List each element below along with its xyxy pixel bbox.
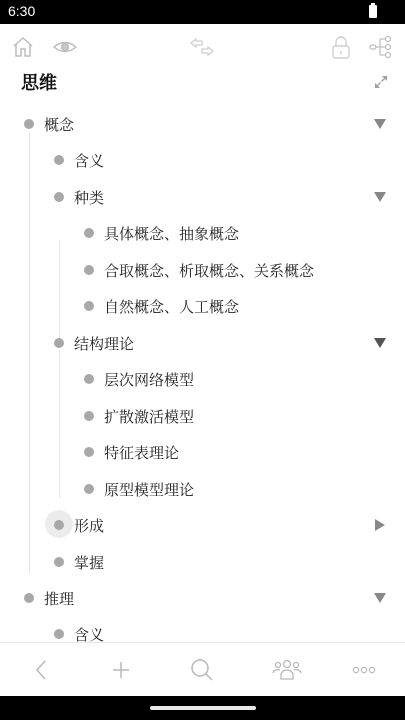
collapse-arrow-icon[interactable] [374, 338, 386, 348]
tree-row[interactable]: 合取概念、析取概念、关系概念 [0, 252, 405, 288]
home-gesture-handle[interactable] [150, 706, 256, 710]
bullet-icon[interactable] [84, 484, 94, 494]
page-title: 思维 [21, 69, 57, 95]
bullet-icon[interactable] [84, 411, 94, 421]
tree-row[interactable]: 自然概念、人工概念 [0, 288, 405, 324]
bullet-icon[interactable] [84, 228, 94, 238]
bullet-icon[interactable] [84, 447, 94, 457]
tree-row[interactable]: 种类 [0, 179, 405, 215]
row-label[interactable]: 含义 [74, 624, 104, 642]
mindmap-icon[interactable] [368, 34, 394, 60]
bullet-icon[interactable] [54, 338, 64, 348]
tree-row[interactable]: 含义 [0, 142, 405, 178]
tree-row[interactable]: 掌握 [0, 544, 405, 580]
row-label[interactable]: 扩散激活模型 [104, 406, 194, 427]
swap-arrows-icon[interactable] [189, 34, 215, 60]
system-nav-bar [0, 696, 405, 720]
tree-row[interactable]: 概念 [0, 106, 405, 142]
bullet-icon[interactable] [54, 629, 64, 639]
outline-tree[interactable]: 概念 含义 种类 具体概念、抽象概念 合取概念、析取概念、关系概念 自然概念、人… [0, 106, 405, 642]
more-icon[interactable] [349, 656, 379, 684]
row-label[interactable]: 自然概念、人工概念 [104, 296, 239, 317]
tree-row[interactable]: 原型模型理论 [0, 471, 405, 507]
tree-row[interactable]: 扩散激活模型 [0, 398, 405, 434]
add-icon[interactable] [106, 656, 136, 684]
bullet-icon[interactable] [84, 265, 94, 275]
bullet-icon[interactable] [54, 192, 64, 202]
row-label[interactable]: 含义 [74, 150, 104, 171]
row-label[interactable]: 特征表理论 [104, 442, 179, 463]
row-label[interactable]: 具体概念、抽象概念 [104, 223, 239, 244]
lock-icon[interactable] [328, 34, 354, 60]
toolbar [0, 24, 405, 70]
row-label[interactable]: 原型模型理论 [104, 479, 194, 500]
bullet-icon[interactable] [54, 520, 64, 530]
bullet-icon[interactable] [84, 301, 94, 311]
bullet-icon[interactable] [54, 557, 64, 567]
tree-row[interactable]: 形成 [0, 507, 405, 543]
back-icon[interactable] [26, 656, 56, 684]
row-label[interactable]: 形成 [74, 515, 104, 536]
collapse-arrow-icon[interactable] [374, 593, 386, 603]
bullet-icon[interactable] [84, 374, 94, 384]
status-time: 6:30 [8, 3, 35, 19]
row-label[interactable]: 层次网络模型 [104, 369, 194, 390]
app: 思维 概念 含义 种类 具体概念、抽象概念 合取概念、析取概念、关系概 [0, 24, 405, 696]
row-label[interactable]: 概念 [44, 114, 74, 135]
collapse-arrow-icon[interactable] [374, 119, 386, 129]
expand-arrow-icon[interactable] [375, 519, 385, 531]
expand-icon[interactable] [373, 74, 389, 90]
tree-row[interactable]: 具体概念、抽象概念 [0, 215, 405, 251]
row-label[interactable]: 推理 [44, 588, 74, 609]
people-icon[interactable] [272, 656, 302, 684]
bullet-icon[interactable] [54, 155, 64, 165]
tree-row[interactable]: 推理 [0, 580, 405, 616]
row-label[interactable]: 结构理论 [74, 333, 134, 354]
status-bar: 6:30 [0, 0, 405, 24]
row-label[interactable]: 合取概念、析取概念、关系概念 [104, 260, 314, 281]
bullet-icon[interactable] [24, 593, 34, 603]
tree-row[interactable]: 层次网络模型 [0, 361, 405, 397]
home-icon[interactable] [10, 34, 36, 60]
row-label[interactable]: 种类 [74, 187, 104, 208]
bullet-icon[interactable] [24, 119, 34, 129]
tree-row[interactable]: 结构理论 [0, 325, 405, 361]
bottom-toolbar [0, 642, 405, 696]
eye-icon[interactable] [52, 34, 78, 60]
search-icon[interactable] [187, 656, 217, 684]
row-label[interactable]: 掌握 [74, 552, 104, 573]
collapse-arrow-icon[interactable] [374, 192, 386, 202]
tree-row[interactable]: 特征表理论 [0, 434, 405, 470]
battery-icon [369, 5, 377, 18]
tree-row[interactable]: 含义 [0, 616, 405, 642]
